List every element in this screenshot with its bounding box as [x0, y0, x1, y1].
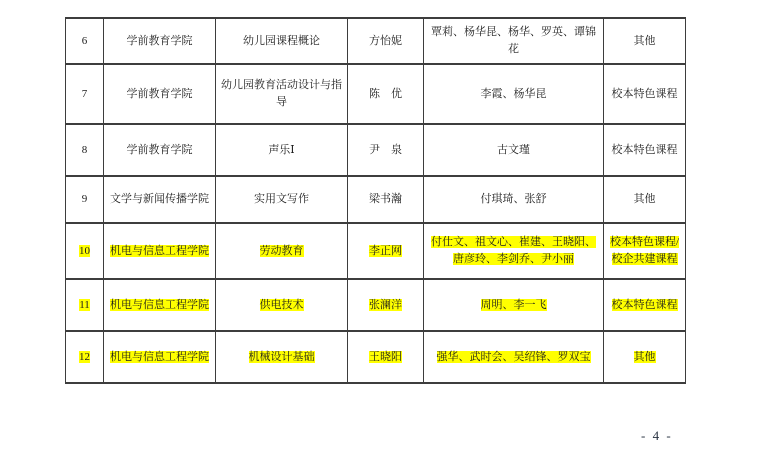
cell-lead-teacher: 方怡妮: [348, 18, 424, 64]
table-row: 11机电与信息工程学院供电技术张澜洋周明、李一飞校本特色课程: [66, 279, 686, 331]
cell-course-type: 其他: [604, 176, 686, 223]
cell-text: 陈 优: [369, 88, 402, 100]
cell-team-members: 古文瑾: [424, 124, 604, 176]
cell-row-number: 9: [66, 176, 104, 223]
cell-text: 幼儿园课程概论: [243, 35, 320, 47]
cell-text: 王晓阳: [369, 351, 402, 363]
cell-text: 付琪琦、张舒: [481, 193, 547, 205]
document-page: 6学前教育学院幼儿园课程概论方怡妮覃莉、杨华昆、杨华、罗英、谭锦花其他7学前教育…: [0, 0, 766, 455]
cell-text: 付仕文、祖文心、崔建、王晓阳、唐彦玲、李剑乔、尹小丽: [431, 236, 596, 265]
cell-row-number: 11: [66, 279, 104, 331]
cell-team-members: 周明、李一飞: [424, 279, 604, 331]
cell-course-type: 校本特色课程: [604, 124, 686, 176]
cell-text: 机械设计基础: [249, 351, 315, 363]
cell-text: 周明、李一飞: [481, 299, 547, 311]
cell-team-members: 李霞、杨华昆: [424, 64, 604, 124]
cell-team-members: 付仕文、祖文心、崔建、王晓阳、唐彦玲、李剑乔、尹小丽: [424, 223, 604, 279]
page-number: - 4 -: [641, 428, 673, 444]
cell-text: 覃莉、杨华昆、杨华、罗英、谭锦花: [431, 26, 596, 55]
cell-text: 学前教育学院: [127, 144, 193, 156]
table-row: 6学前教育学院幼儿园课程概论方怡妮覃莉、杨华昆、杨华、罗英、谭锦花其他: [66, 18, 686, 64]
cell-course-name: 机械设计基础: [216, 331, 348, 383]
cell-text: 机电与信息工程学院: [110, 351, 209, 363]
cell-course-name: 劳动教育: [216, 223, 348, 279]
cell-text: 其他: [634, 35, 656, 47]
table-row: 12机电与信息工程学院机械设计基础王晓阳强华、武时会、吴绍锋、罗双宝其他: [66, 331, 686, 383]
cell-text: 其他: [634, 193, 656, 205]
cell-course-type: 校本特色课程: [604, 279, 686, 331]
cell-course-type: 校本特色课程/校企共建课程: [604, 223, 686, 279]
cell-course-name: 声乐Ⅰ: [216, 124, 348, 176]
cell-college: 机电与信息工程学院: [104, 279, 216, 331]
cell-lead-teacher: 尹 泉: [348, 124, 424, 176]
course-table: 6学前教育学院幼儿园课程概论方怡妮覃莉、杨华昆、杨华、罗英、谭锦花其他7学前教育…: [65, 17, 686, 384]
cell-team-members: 覃莉、杨华昆、杨华、罗英、谭锦花: [424, 18, 604, 64]
course-table-body: 6学前教育学院幼儿园课程概论方怡妮覃莉、杨华昆、杨华、罗英、谭锦花其他7学前教育…: [66, 18, 686, 383]
cell-course-type: 校本特色课程: [604, 64, 686, 124]
cell-text: 古文瑾: [497, 144, 530, 156]
cell-row-number: 12: [66, 331, 104, 383]
cell-text: 梁书瀚: [369, 193, 402, 205]
cell-text: 李霞、杨华昆: [481, 88, 547, 100]
cell-lead-teacher: 王晓阳: [348, 331, 424, 383]
cell-text: 幼儿园教育活动设计与指导: [221, 79, 342, 108]
cell-text: 校本特色课程: [612, 144, 678, 156]
cell-text: 强华、武时会、吴绍锋、罗双宝: [437, 351, 591, 363]
cell-course-name: 幼儿园课程概论: [216, 18, 348, 64]
cell-row-number: 7: [66, 64, 104, 124]
cell-course-type: 其他: [604, 18, 686, 64]
cell-text: 学前教育学院: [127, 88, 193, 100]
cell-row-number: 6: [66, 18, 104, 64]
cell-text: 11: [79, 299, 90, 311]
cell-lead-teacher: 张澜洋: [348, 279, 424, 331]
cell-text: 实用文写作: [254, 193, 309, 205]
cell-text: 12: [79, 351, 90, 363]
cell-course-name: 供电技术: [216, 279, 348, 331]
cell-text: 6: [82, 35, 88, 47]
cell-lead-teacher: 陈 优: [348, 64, 424, 124]
cell-text: 李正网: [369, 245, 402, 257]
cell-text: 10: [79, 245, 90, 257]
cell-text: 方怡妮: [369, 35, 402, 47]
cell-text: 其他: [634, 351, 656, 363]
cell-text: 声乐Ⅰ: [268, 144, 294, 156]
cell-college: 机电与信息工程学院: [104, 331, 216, 383]
cell-text: 校本特色课程/校企共建课程: [610, 236, 679, 265]
cell-college: 文学与新闻传播学院: [104, 176, 216, 223]
cell-text: 尹 泉: [369, 144, 402, 156]
cell-college: 机电与信息工程学院: [104, 223, 216, 279]
cell-text: 供电技术: [260, 299, 304, 311]
table-row: 8学前教育学院声乐Ⅰ尹 泉古文瑾校本特色课程: [66, 124, 686, 176]
cell-row-number: 10: [66, 223, 104, 279]
cell-course-name: 实用文写作: [216, 176, 348, 223]
cell-text: 张澜洋: [369, 299, 402, 311]
table-row: 10机电与信息工程学院劳动教育李正网付仕文、祖文心、崔建、王晓阳、唐彦玲、李剑乔…: [66, 223, 686, 279]
table-row: 7学前教育学院幼儿园教育活动设计与指导陈 优李霞、杨华昆校本特色课程: [66, 64, 686, 124]
page-number-suffix: -: [661, 428, 673, 443]
cell-college: 学前教育学院: [104, 124, 216, 176]
cell-course-name: 幼儿园教育活动设计与指导: [216, 64, 348, 124]
cell-text: 文学与新闻传播学院: [110, 193, 209, 205]
cell-team-members: 强华、武时会、吴绍锋、罗双宝: [424, 331, 604, 383]
cell-text: 机电与信息工程学院: [110, 245, 209, 257]
table-row: 9文学与新闻传播学院实用文写作梁书瀚付琪琦、张舒其他: [66, 176, 686, 223]
cell-text: 校本特色课程: [612, 88, 678, 100]
cell-text: 机电与信息工程学院: [110, 299, 209, 311]
cell-course-type: 其他: [604, 331, 686, 383]
page-number-prefix: -: [641, 428, 653, 443]
cell-text: 劳动教育: [260, 245, 304, 257]
cell-text: 9: [82, 193, 88, 205]
cell-team-members: 付琪琦、张舒: [424, 176, 604, 223]
page-number-value: 4: [653, 428, 662, 443]
cell-text: 7: [82, 88, 88, 100]
cell-text: 校本特色课程: [612, 299, 678, 311]
cell-text: 学前教育学院: [127, 35, 193, 47]
cell-college: 学前教育学院: [104, 18, 216, 64]
cell-row-number: 8: [66, 124, 104, 176]
cell-lead-teacher: 李正网: [348, 223, 424, 279]
cell-college: 学前教育学院: [104, 64, 216, 124]
cell-text: 8: [82, 144, 88, 156]
cell-lead-teacher: 梁书瀚: [348, 176, 424, 223]
